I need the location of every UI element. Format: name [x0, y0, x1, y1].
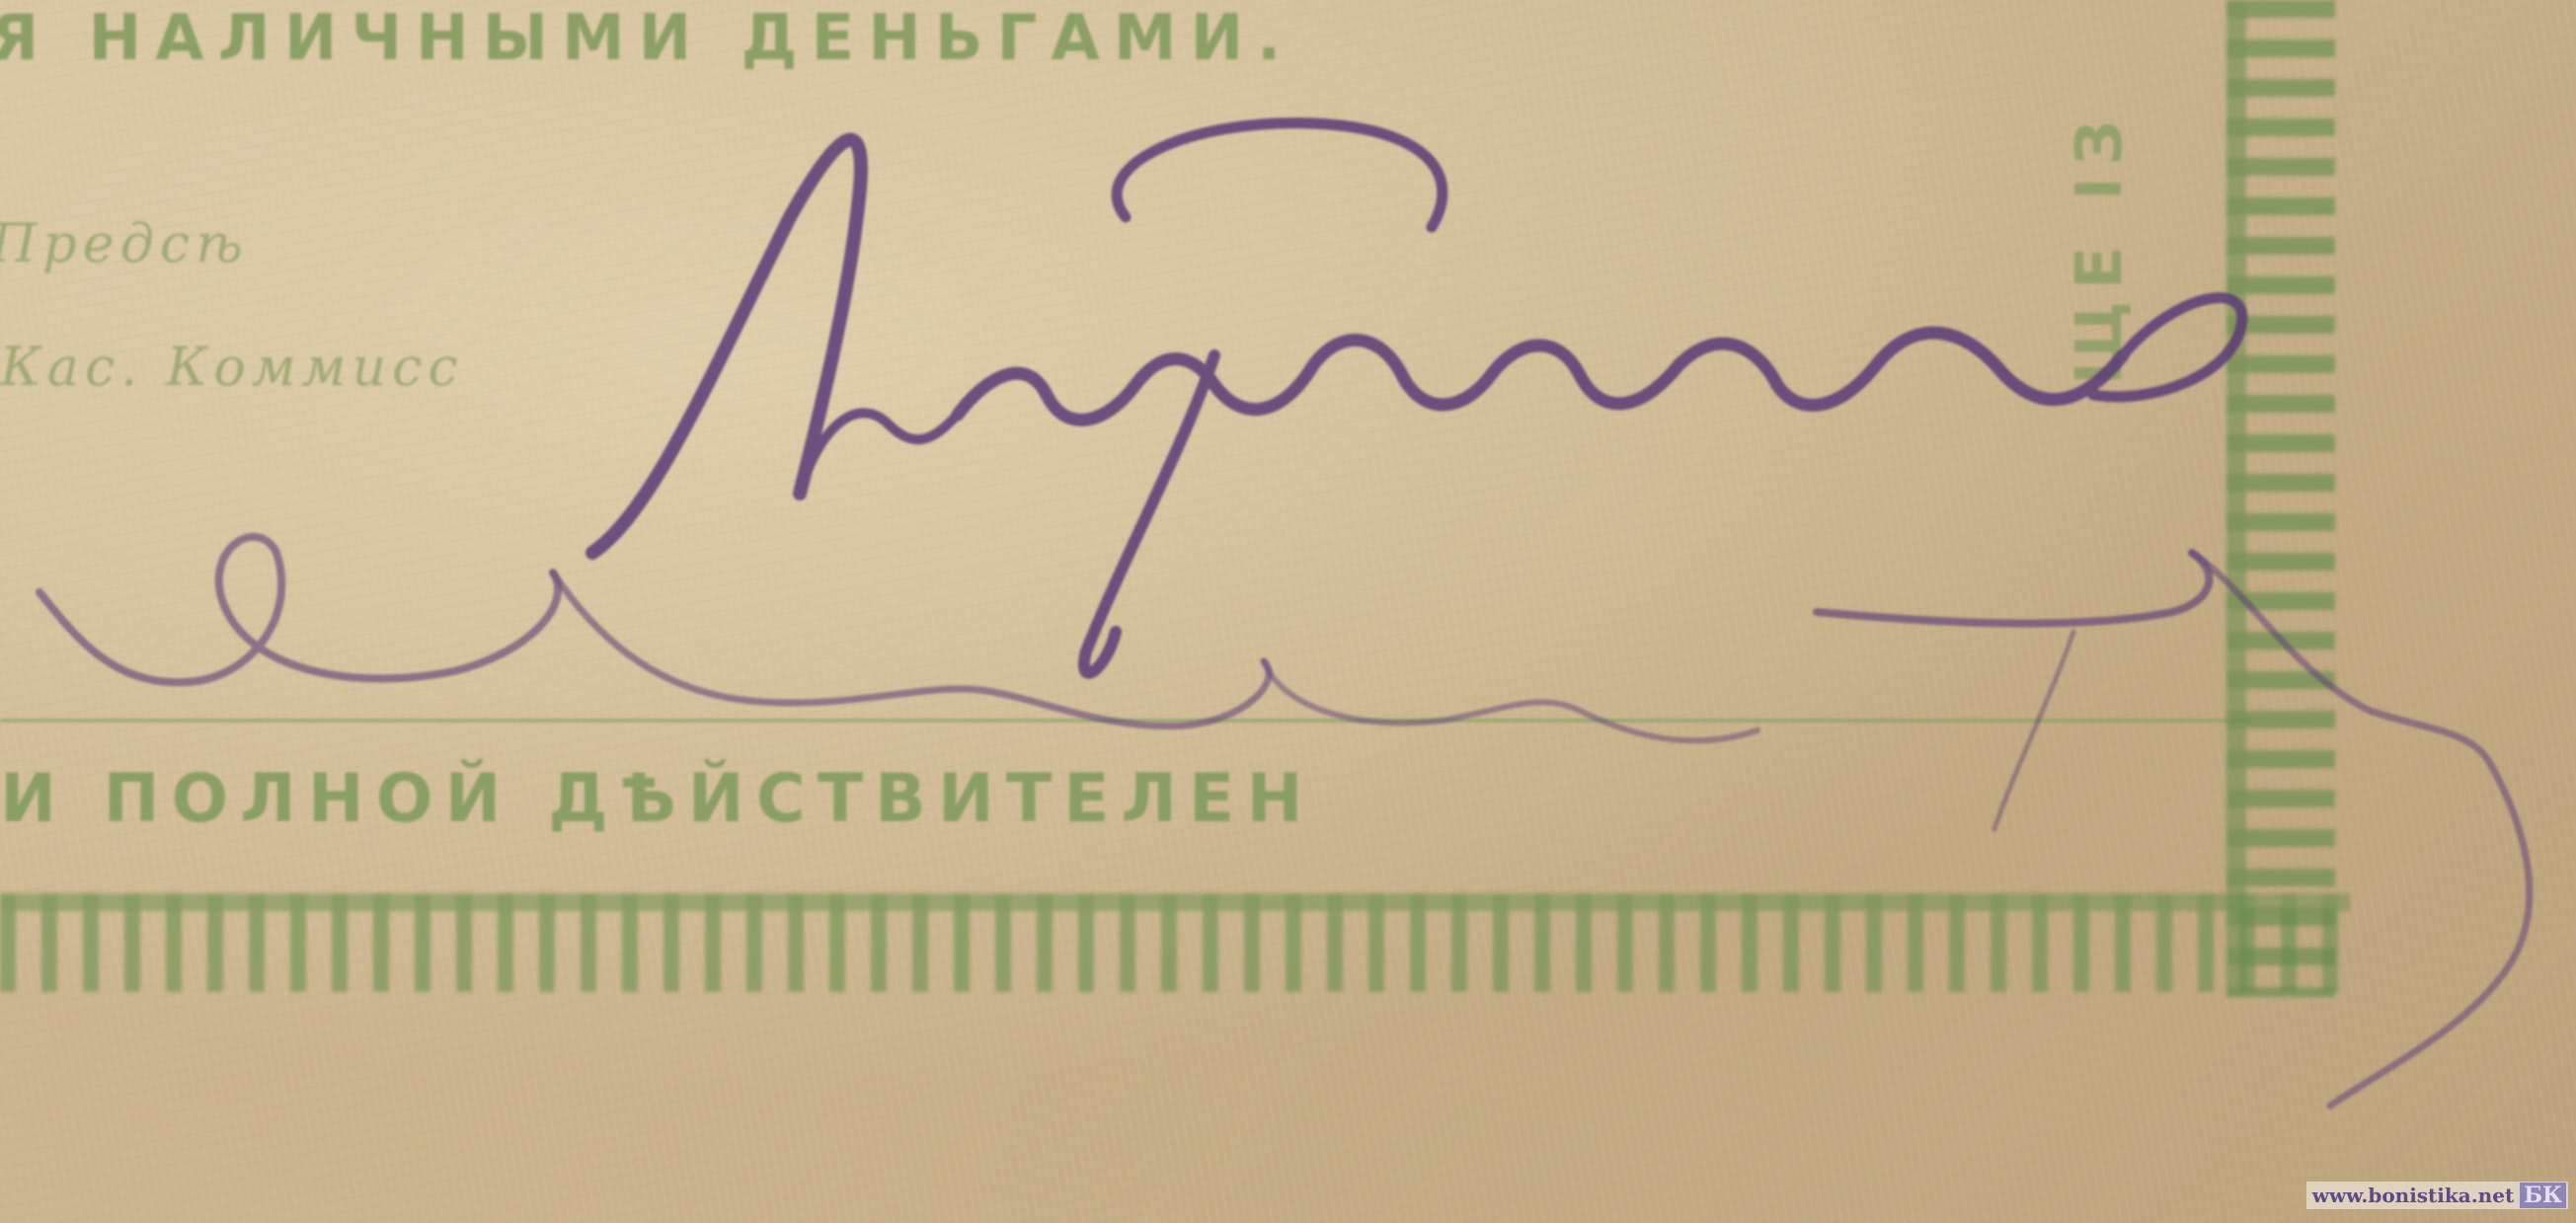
- handwritten-signature: [0, 0, 2576, 1223]
- watermark-site: www.bonistika.net: [2312, 1184, 2514, 1207]
- watermark: www.bonistika.net БК: [2306, 1182, 2568, 1209]
- watermark-logo: БК: [2520, 1183, 2566, 1208]
